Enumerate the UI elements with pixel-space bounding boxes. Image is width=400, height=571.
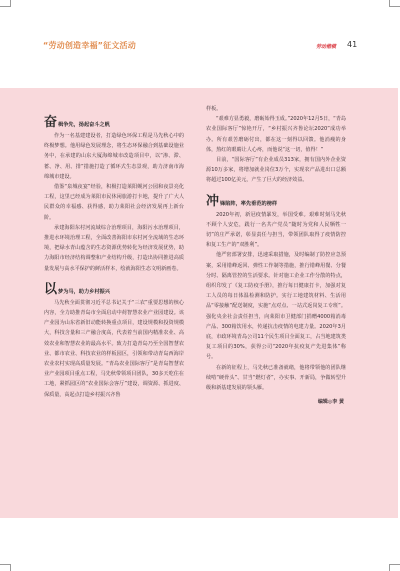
editor-byline: 编辑◎李 黄 [206, 397, 346, 407]
paragraph: 承建海阳东村河流域综合治理项目，海阳污水治理项目，推进水环境治理工程，全面改善海… [44, 223, 184, 274]
running-head: “劳动创造幸福”征文活动 [43, 40, 136, 51]
paragraph: 在新的征程上，马先秋已准备就绪，他将带领他的团队继续啃“硬骨头”、甘当“燃灯者”… [206, 363, 346, 394]
crop-mark-bottom-left [0, 564, 11, 571]
paragraph: 目前，“国际客厅”有企业成员313家，拥有国内外企业资源10万多家，将增加就业岗… [206, 155, 346, 186]
drop-cap: 奋 [44, 116, 57, 129]
paragraph: 他严密部署安排，迅速采取措施，及时编制了防控应急预案，采用错峰返回、弹性工作制等… [206, 250, 346, 362]
drop-cap: 以 [44, 283, 57, 296]
continuation-text: 样板。 [206, 104, 346, 114]
crop-mark-top-left [0, 0, 11, 7]
crop-mark-top-right [389, 0, 400, 7]
left-column: 奋 楫争先，扬起奋斗之帆 作为一名基建建设者，打造绿色环保工程是马先秋心中的终极… [44, 116, 184, 400]
section-heading: 以 梦为马，助力乡村振兴 [44, 283, 184, 296]
paragraph: 2020年初，新冠疫情暴发，举国受难。艰难时刻马先秋不顾个人安危，践行一名共产党… [206, 210, 346, 251]
section-subtitle: 锋陷阵，率先垂范的榜样 [220, 200, 277, 208]
section-subtitle: 楫争先，扬起奋斗之帆 [58, 121, 110, 129]
section-heading: 奋 楫争先，扬起奋斗之帆 [44, 116, 184, 129]
paragraph: “艰难方显勇毅，磨砺始得玉成。”2020年12月5日，“青岛农业国际客厅”惊艳开… [206, 114, 346, 155]
right-column: 样板。 “艰难方显勇毅，磨砺始得玉成。”2020年12月5日，“青岛农业国际客厅… [206, 104, 346, 407]
paragraph: 马先秋全面贯彻习近平总书记关于“三农”重要思想的核心内容，全力助推青岛市全面启动… [44, 298, 184, 400]
section-subtitle: 梦为马，助力乡村振兴 [58, 288, 110, 296]
section-heading: 冲 锋陷阵，率先垂范的榜样 [206, 195, 346, 208]
drop-cap: 冲 [206, 195, 219, 208]
paragraph: 借鉴“泉城夜宴”经验，积极打造莱阳蚬河公园和夜景亮化工程，这里已经成为莱阳市民休… [44, 182, 184, 223]
crop-mark-bottom-right [389, 564, 400, 571]
column-tag: 劳动楷模 [316, 43, 336, 50]
page-number: 41 [347, 40, 357, 49]
paragraph: 作为一名基建建设者，打造绿色环保工程是马先秋心中的终极梦想。他用绿色发展理念，将… [44, 131, 184, 182]
